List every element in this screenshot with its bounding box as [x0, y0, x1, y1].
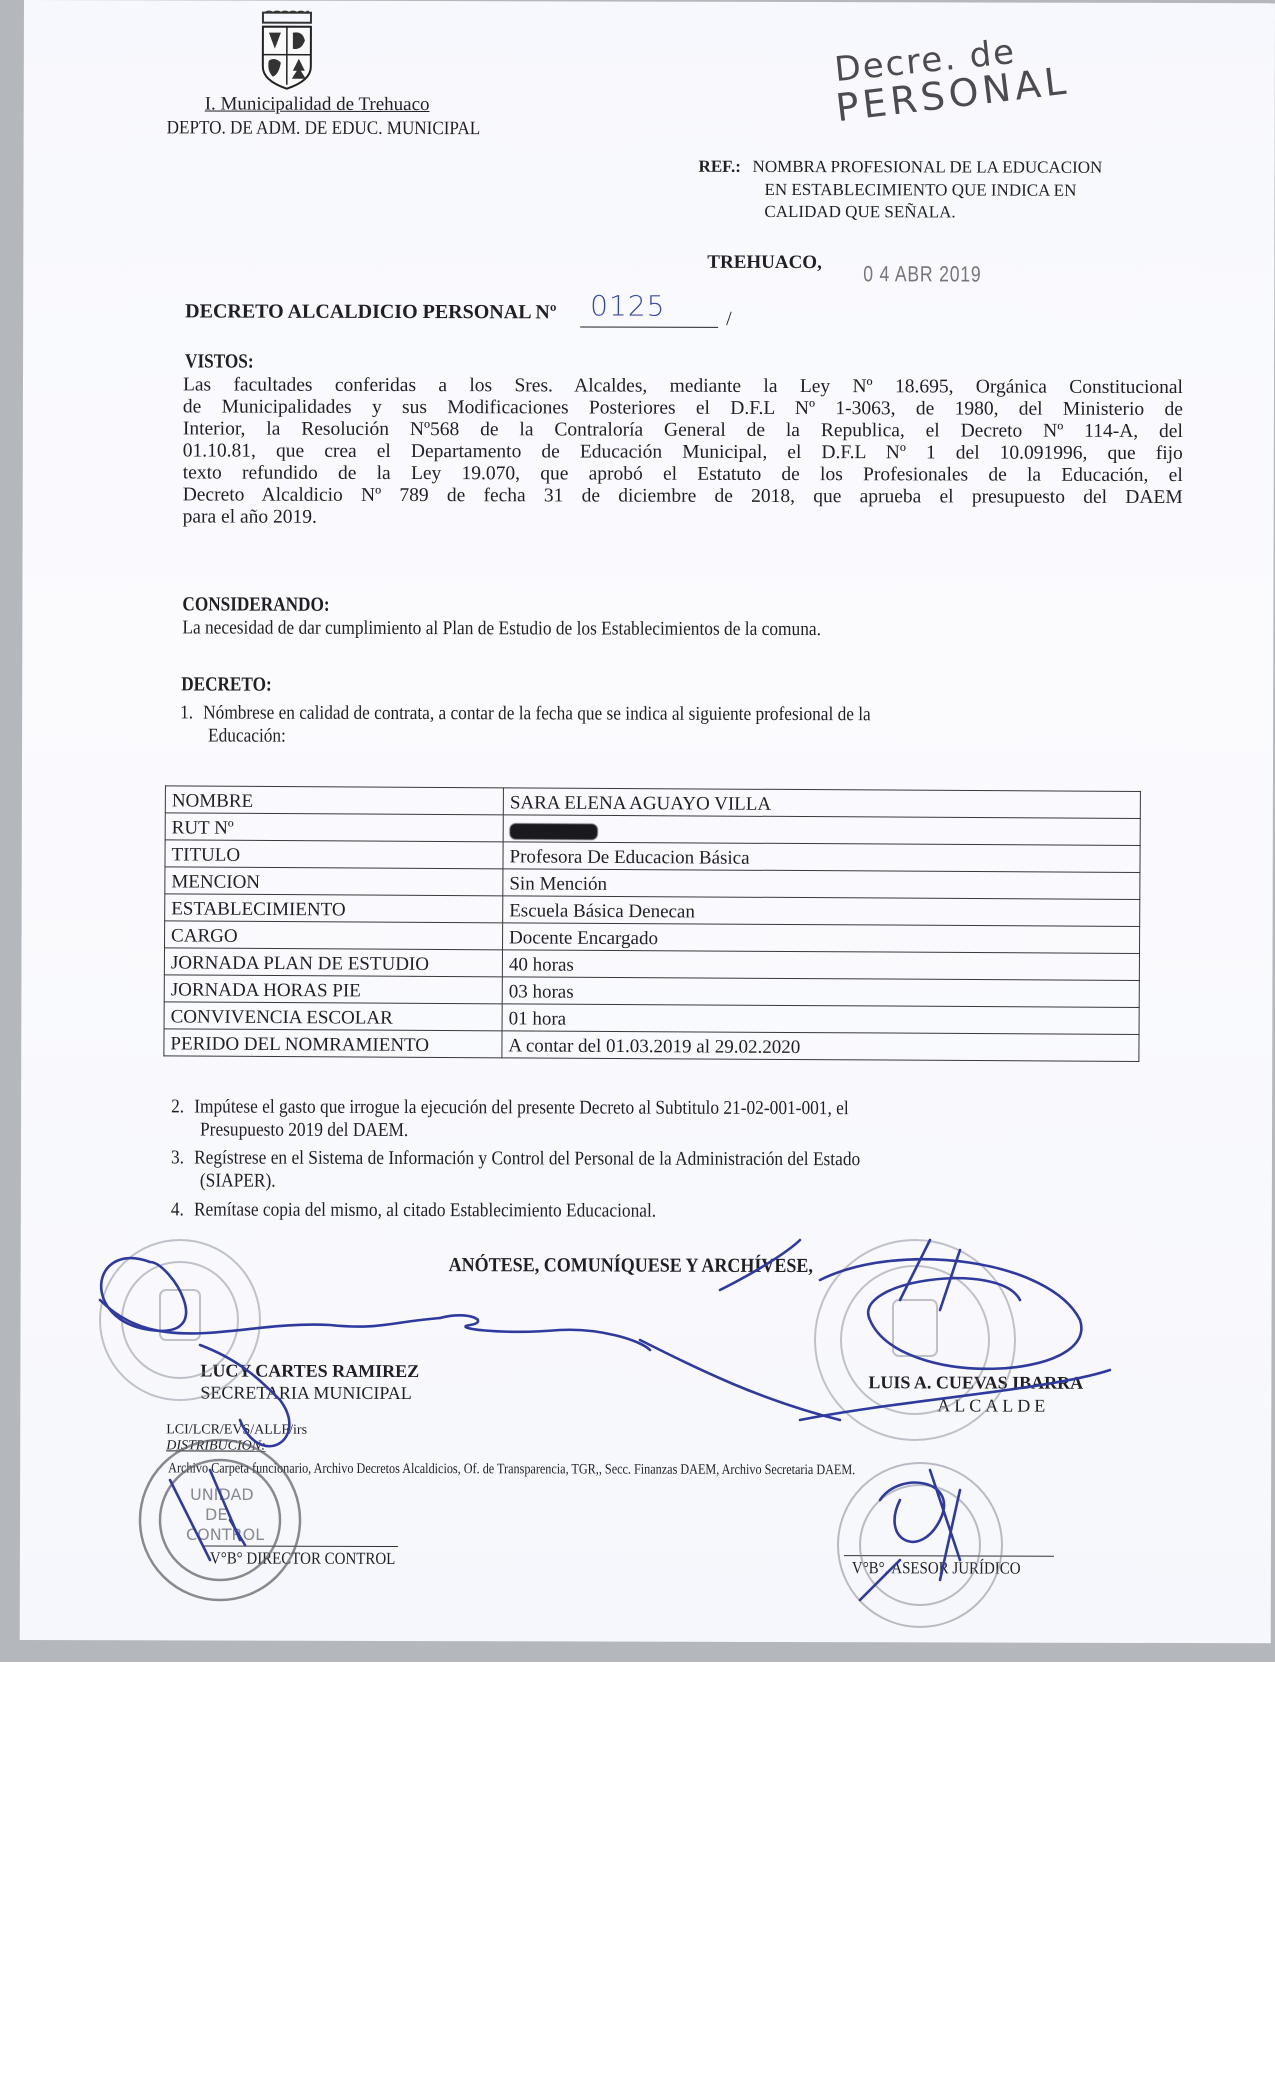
vistos-line: Decreto Alcaldicio Nº 789 de fecha 31 de… [183, 484, 1183, 509]
place-label: TREHUACO, [707, 252, 822, 274]
ref-line-3: CALIDAD QUE SEÑALA. [764, 202, 955, 223]
row-value: Escuela Básica Denecan [503, 896, 1140, 927]
row-label: NOMBRE [165, 786, 503, 815]
vistos-line: 01.10.81, que crea el Departamento de Ed… [183, 440, 1183, 465]
vistos-line: Las facultades conferidas a los Sres. Al… [183, 374, 1183, 399]
row-value: 40 horas [502, 950, 1139, 981]
date-stamp: 0 4 ABR 2019 [863, 261, 981, 287]
ref-line-2: EN ESTABLECIMIENTO QUE INDICA EN [764, 180, 1076, 201]
ref-label: REF.: [699, 157, 741, 177]
decreto-item-3-cont: (SIAPER). [200, 1169, 276, 1192]
item-text: Impútese el gasto que irrogue la ejecuci… [194, 1096, 849, 1119]
row-label: TITULO [165, 840, 503, 869]
mayor-role: ALCALDE [937, 1395, 1049, 1416]
row-value: 01 hora [502, 1004, 1139, 1035]
vistos-line: texto refundido de la Ley 19.070, que ap… [183, 462, 1183, 487]
row-value [503, 815, 1140, 846]
decree-number-label: DECRETO ALCALDICIO PERSONAL Nº [185, 300, 556, 324]
row-label: CARGO [165, 921, 503, 950]
redacted-rut [510, 823, 598, 840]
vistos-line: Interior, la Resolución Nº568 de la Cont… [183, 418, 1183, 443]
row-value: Docente Encargado [503, 923, 1140, 954]
ref-line-1: NOMBRA PROFESIONAL DE LA EDUCACION [753, 157, 1103, 178]
department-name: DEPTO. DE ADM. DE EDUC. MUNICIPAL [167, 117, 481, 140]
vistos-line: de Municipalidades y sus Modificaciones … [183, 396, 1183, 421]
decree-number-slash: / [726, 308, 732, 331]
row-label: JORNADA PLAN DE ESTUDIO [164, 948, 502, 977]
author-initials: LCI/LCR/EVS/ALLF/irs [166, 1422, 307, 1438]
secretary-role: SECRETARIA MUNICIPAL [200, 1382, 411, 1404]
municipality-name: I. Municipalidad de Trehuaco [205, 93, 430, 116]
secretary-name: LUCY CARTES RAMIREZ [200, 1360, 419, 1382]
vistos-heading: VISTOS: [185, 350, 254, 373]
decree-number-handwritten: 0125 [590, 289, 665, 322]
distribution-heading: DISTRIBUCION: [166, 1438, 266, 1454]
mayor-name: LUIS A. CUEVAS IBARRA [868, 1372, 1083, 1394]
row-label: MENCION [165, 867, 503, 896]
row-label: ESTABLECIMIENTO [165, 894, 503, 923]
item-text: Regístrese en el Sistema de Información … [194, 1147, 860, 1170]
row-value: 03 horas [502, 977, 1139, 1008]
row-label: RUT Nº [165, 813, 503, 842]
decreto-heading: DECRETO: [181, 673, 272, 696]
decreto-item-4: 4.Remítase copia del mismo, al citado Es… [171, 1198, 656, 1222]
item-text: Nómbrese en calidad de contrata, a conta… [203, 702, 871, 725]
considerando-text: La necesidad de dar cumplimiento al Plan… [182, 617, 821, 641]
control-signature-line [202, 1545, 398, 1547]
row-value: SARA ELENA AGUAYO VILLA [503, 788, 1140, 819]
item-number: 1. [180, 701, 203, 724]
table-row: PERIDO DEL NOMRAMIENTOA contar del 01.03… [164, 1029, 1139, 1062]
item-text: Remítase copia del mismo, al citado Esta… [194, 1199, 656, 1221]
row-value: A contar del 01.03.2019 al 29.02.2020 [502, 1031, 1139, 1062]
closing-formula: ANÓTESE, COMUNÍQUESE Y ARCHÍVESE, [449, 1254, 813, 1278]
decreto-item-1: 1.Nómbrese en calidad de contrata, a con… [180, 701, 871, 726]
legal-signature-line [844, 1555, 1054, 1557]
item-number: 3. [171, 1146, 194, 1169]
item-number: 2. [171, 1095, 194, 1118]
vistos-paragraph: Las facultades conferidas a los Sres. Al… [183, 374, 1183, 531]
legal-approval-label: V°B°. ASESOR JURÍDICO [852, 1558, 1021, 1578]
control-approval-label: V°B° DIRECTOR CONTROL [210, 1548, 395, 1568]
row-value: Sin Mención [503, 869, 1140, 900]
document-page: I. Municipalidad de Trehuaco DEPTO. DE A… [20, 0, 1275, 1643]
municipal-crest-icon [257, 11, 317, 91]
appointment-table: NOMBRESARA ELENA AGUAYO VILLARUT NºTITUL… [163, 785, 1141, 1062]
decree-number-underline [580, 326, 718, 327]
distribution-list: Archivo Carpeta funcionario, Archivo Dec… [168, 1460, 855, 1479]
decreto-item-2: 2.Impútese el gasto que irrogue la ejecu… [171, 1095, 849, 1120]
decreto-item-2-cont: Presupuesto 2019 del DAEM. [200, 1118, 408, 1142]
row-label: JORNADA HORAS PIE [164, 975, 502, 1004]
decreto-item-3: 3.Regístrese en el Sistema de Informació… [171, 1146, 860, 1171]
row-value: Profesora De Educacion Básica [503, 842, 1140, 873]
vistos-line: para el año 2019. [183, 506, 1183, 531]
considerando-heading: CONSIDERANDO: [182, 593, 329, 616]
decreto-item-1-cont: Educación: [208, 724, 286, 747]
item-number: 4. [171, 1198, 194, 1221]
row-label: PERIDO DEL NOMRAMIENTO [164, 1029, 502, 1058]
row-label: CONVIVENCIA ESCOLAR [164, 1002, 502, 1031]
